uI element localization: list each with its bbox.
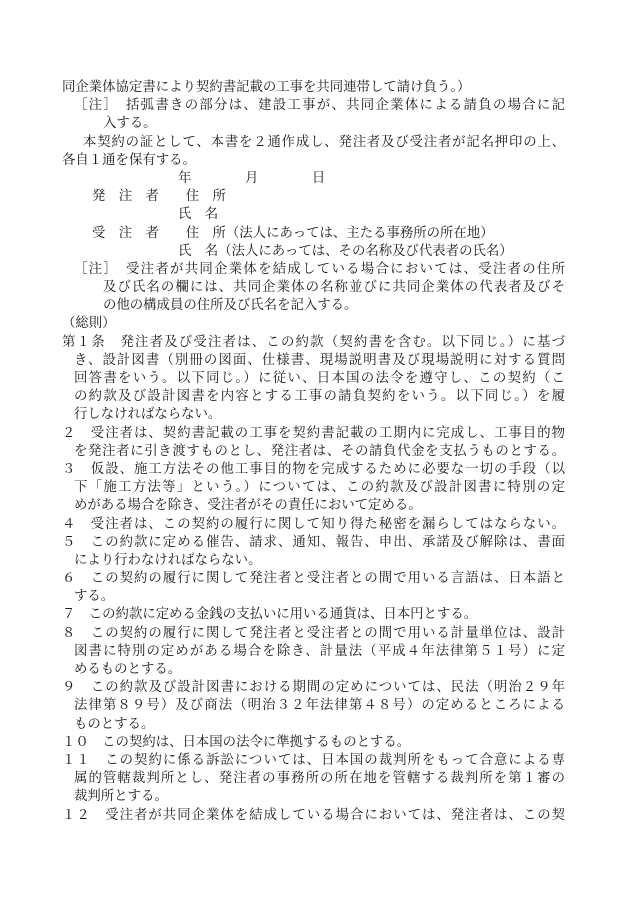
closing-statement: 本契約の証として、本書を２通作成し、発注者及び受注者が記名押印の上、 [62,134,565,152]
clause-continuation: 法律第８９号）及び商法（明治３２年法律第４８号）の定めるところによる [62,697,565,715]
note-continuation: 入する。 [62,115,565,133]
closing-continuation: 各自１通を保有する。 [62,152,565,170]
clause-continuation: 行しなければならない。 [62,406,565,424]
date-line: 年 月 日 [62,170,565,188]
clause-continuation: する。 [62,588,565,606]
clause-2-line: ２ 受注者は、契約書記載の工事を契約書記載の工期内に完成し、工事目的物 [62,425,565,443]
clause-continuation: き、設計図書（別冊の図面、仕様書、現場説明書及び現場説明に対する質問 [62,352,565,370]
clause-8-line: ８ この契約の履行に関して発注者と受注者との間で用いる計量単位は、設計 [62,625,565,643]
note-line: ［注］ 括弧書きの部分は、建設工事が、共同企業体による請負の場合に記 [62,97,565,115]
clause-continuation: を発注者に引き渡すものとし、発注者は、その請負代金を支払うものとする。 [62,443,565,461]
contract-document-page: 同企業体協定書により契約書記載の工事を共同連帯して請け負う。） ［注］ 括弧書き… [0,0,630,903]
clause-10-line: １０ この契約は、日本国の法令に準拠するものとする。 [62,734,565,752]
doc-line: 同企業体協定書により契約書記載の工事を共同連帯して請け負う。） [62,79,565,97]
article-1-line: 第１条 発注者及び受注者は、この約款（契約書を含む。以下同じ。）に基づ [62,334,565,352]
clause-7-line: ７ この約款に定める金銭の支払いに用いる通貨は、日本円とする。 [62,606,565,624]
clause-9-line: ９ この約款及び設計図書における期間の定めについては、民法（明治２９年 [62,679,565,697]
note-continuation: の他の構成員の住所及び氏名を記入する。 [62,297,565,315]
note-continuation: 及び氏名の欄には、共同企業体の名称並びに共同企業体の代表者及びそ [62,279,565,297]
clause-continuation: 裁判所とする。 [62,788,565,806]
clause-continuation: 図書に特別の定めがある場合を除き、計量法（平成４年法律第５１号）に定 [62,643,565,661]
clause-continuation: めるものとする。 [62,661,565,679]
orderer-address-row: 発 注 者 住 所 [62,188,565,206]
contractor-address-row: 受 注 者 住 所（法人にあっては、主たる事務所の所在地） [62,225,565,243]
clause-3-line: ３ 仮設、施工方法その他工事目的物を完成するために必要な一切の手段（以 [62,461,565,479]
clause-12-line: １２ 受注者が共同企業体を結成している場合においては、発注者は、この契 [62,807,565,825]
orderer-name-row: 氏 名 [62,206,565,224]
clause-5-line: ５ この約款に定める催告、請求、通知、報告、申出、承諾及び解除は、書面 [62,534,565,552]
clause-continuation: の約款及び設計図書を内容とする工事の請負契約をいう。以下同じ。）を履 [62,388,565,406]
clause-continuation: 属的管轄裁判所とし、発注者の事務所の所在地を管轄する裁判所を第１審の [62,770,565,788]
clause-continuation: めがある場合を除き、受注者がその責任において定める。 [62,497,565,515]
clause-11-line: １１ この契約に係る訴訟については、日本国の裁判所をもって合意による専 [62,752,565,770]
clause-continuation: により行わなければならない。 [62,552,565,570]
clause-continuation: 下「施工方法等」という。）については、この約款及び設計図書に特別の定 [62,479,565,497]
clause-continuation: 回答書をいう。以下同じ。）に従い、日本国の法令を遵守し、この契約（こ [62,370,565,388]
contractor-name-row: 氏 名（法人にあっては、その名称及び代表者の氏名） [62,243,565,261]
clause-continuation: ものとする。 [62,716,565,734]
clause-6-line: ６ この契約の履行に関して発注者と受注者との間で用いる言語は、日本語と [62,570,565,588]
clause-4-line: ４ 受注者は、この契約の履行に関して知り得た秘密を漏らしてはならない。 [62,516,565,534]
note-line: ［注］ 受注者が共同企業体を結成している場合においては、受注者の住所 [62,261,565,279]
section-heading: （総則） [62,315,565,333]
